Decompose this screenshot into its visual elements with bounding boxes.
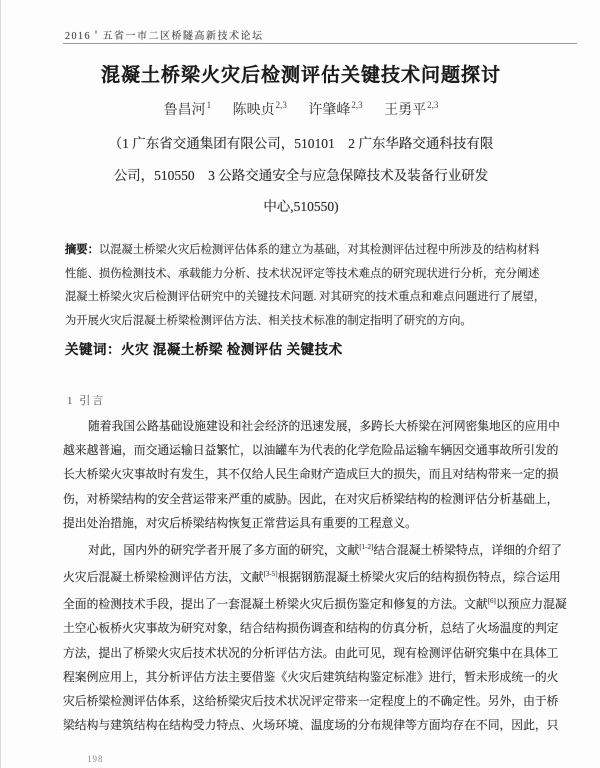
author-list: 鲁昌河1 陈映贞2,3 许肇峰2,3 王勇平2,3 <box>1 99 600 119</box>
author-name: 许肇峰 <box>308 103 350 118</box>
abstract-line: 摘要：以混凝土桥梁火灾后检测评估体系的建立为基础，对其检测评估过程中所涉及的结构… <box>65 239 543 263</box>
author-superscript: 1 <box>207 100 212 110</box>
author-superscript: 2,3 <box>276 100 287 110</box>
body-line: 提出处治措施，对灾后桥梁结构恢复正常营运具有重要的工程意义。 <box>63 511 543 535</box>
abstract-line: 混凝土桥梁火灾后检测评估研究中的关键技术问题. 对其研究的技术重点和难点问题进行… <box>65 286 543 310</box>
author-name: 陈映贞 <box>233 103 275 118</box>
author: 许肇峰2,3 <box>308 103 362 118</box>
keywords-text: 火灾 混凝土桥梁 检测评估 关键技术 <box>121 342 343 357</box>
abstract-line: 为开展火灾后混凝土桥梁检测评估方法、相关技术标准的制定指明了研究的方向。 <box>65 310 543 334</box>
body-line: 土空心板桥火灾事故为研究对象，结合结构损伤调查和结构的仿真分析，总结了火场温度的… <box>63 616 543 640</box>
author-superscript: 2,3 <box>351 100 362 110</box>
abstract-text: 以混凝土桥梁火灾后检测评估体系的建立为基础，对其检测评估过程中所涉及的结构材料 <box>99 244 540 256</box>
author-name: 鲁昌河 <box>164 103 206 118</box>
keywords-line: 关键词：火灾 混凝土桥梁 检测评估 关键技术 <box>65 338 565 358</box>
body-line: 梁结构与建筑结构在结构受力特点、火场环境、温度场的分布规律等方面均存在不同，因此… <box>63 713 543 737</box>
body-line: 越来越普遍，而交通运输日益繁忙，以油罐车为代表的化学危险品运输车辆因交通事故所引… <box>63 438 543 462</box>
body-line: 长大桥梁火灾事故时有发生，其不仅给人民生命财产造成巨大的损失，而且对结构带来一定… <box>63 462 543 486</box>
body-line: 随着我国公路基础设施建设和社会经济的迅速发展，多跨长大桥梁在河网密集地区的应用中 <box>63 414 543 438</box>
page-number: 198 <box>87 754 104 764</box>
section-heading: 1 引言 <box>67 392 105 408</box>
affiliation-line: （1 广东省交通集团有限公司，510101 2 广东华路交通科技有限 <box>1 128 600 160</box>
running-head: 2016＇五省一市二区桥隧高新技术论坛 <box>65 27 264 42</box>
author: 鲁昌河1 <box>164 103 212 118</box>
affiliation-line: 公司，510550 3 公路交通安全与应急保障技术及装备行业研发 <box>1 160 600 192</box>
body-line: 灾后桥梁检测评估体系，这给桥梁灾后技术状况评定带来一定程度上的不确定性。另外，由… <box>63 689 543 713</box>
author-name: 王勇平 <box>384 103 426 118</box>
body-line: 对此，国内外的研究学者开展了多方面的研究，文献[1-2]结合混凝土桥梁特点，详细… <box>63 535 543 562</box>
body-line: 火灾后混凝土桥梁检测评估方法，文献[3-5]根据钢筋混凝土桥梁火灾后的结构损伤特… <box>63 562 543 589</box>
abstract-block: 摘要：以混凝土桥梁火灾后检测评估体系的建立为基础，对其检测评估过程中所涉及的结构… <box>65 239 543 334</box>
author: 陈映贞2,3 <box>233 103 287 118</box>
body-text: 随着我国公路基础设施建设和社会经济的迅速发展，多跨长大桥梁在河网密集地区的应用中… <box>63 414 543 737</box>
body-line: 全面的检测技术手段，提出了一套混凝土桥梁火灾后损伤鉴定和修复的方法。文献[6]以… <box>63 589 543 616</box>
keywords-label: 关键词： <box>65 342 121 357</box>
body-line: 伤，对桥梁结构的安全营运带来严重的威胁。因此，在对灾后桥梁结构的检测评估分析基础… <box>63 487 543 511</box>
header-rule <box>63 43 577 44</box>
abstract-line: 性能、损伤检测技术、承载能力分析、技术状况评定等技术难点的研究现状进行分析，充分… <box>65 263 543 287</box>
scanned-paper-page: 2016＇五省一市二区桥隧高新技术论坛 混凝土桥梁火灾后检测评估关键技术问题探讨… <box>0 0 600 768</box>
body-line: 方法，提出了桥梁火灾后技术状况的分析评估方法。由此可见，现有检测评估研究集中在具… <box>63 641 543 665</box>
paper-title: 混凝土桥梁火灾后检测评估关键技术问题探讨 <box>1 60 600 87</box>
body-line: 程案例应用上，其分析评估方法主要借鉴《火灾后建筑结构鉴定标准》进行，暂未形成统一… <box>63 665 543 689</box>
affiliation-line: 中心,510550) <box>1 191 600 223</box>
abstract-label: 摘要： <box>65 244 99 256</box>
affiliation-block: （1 广东省交通集团有限公司，510101 2 广东华路交通科技有限 公司，51… <box>1 128 600 223</box>
author-superscript: 2,3 <box>427 100 438 110</box>
author: 王勇平2,3 <box>384 103 438 118</box>
